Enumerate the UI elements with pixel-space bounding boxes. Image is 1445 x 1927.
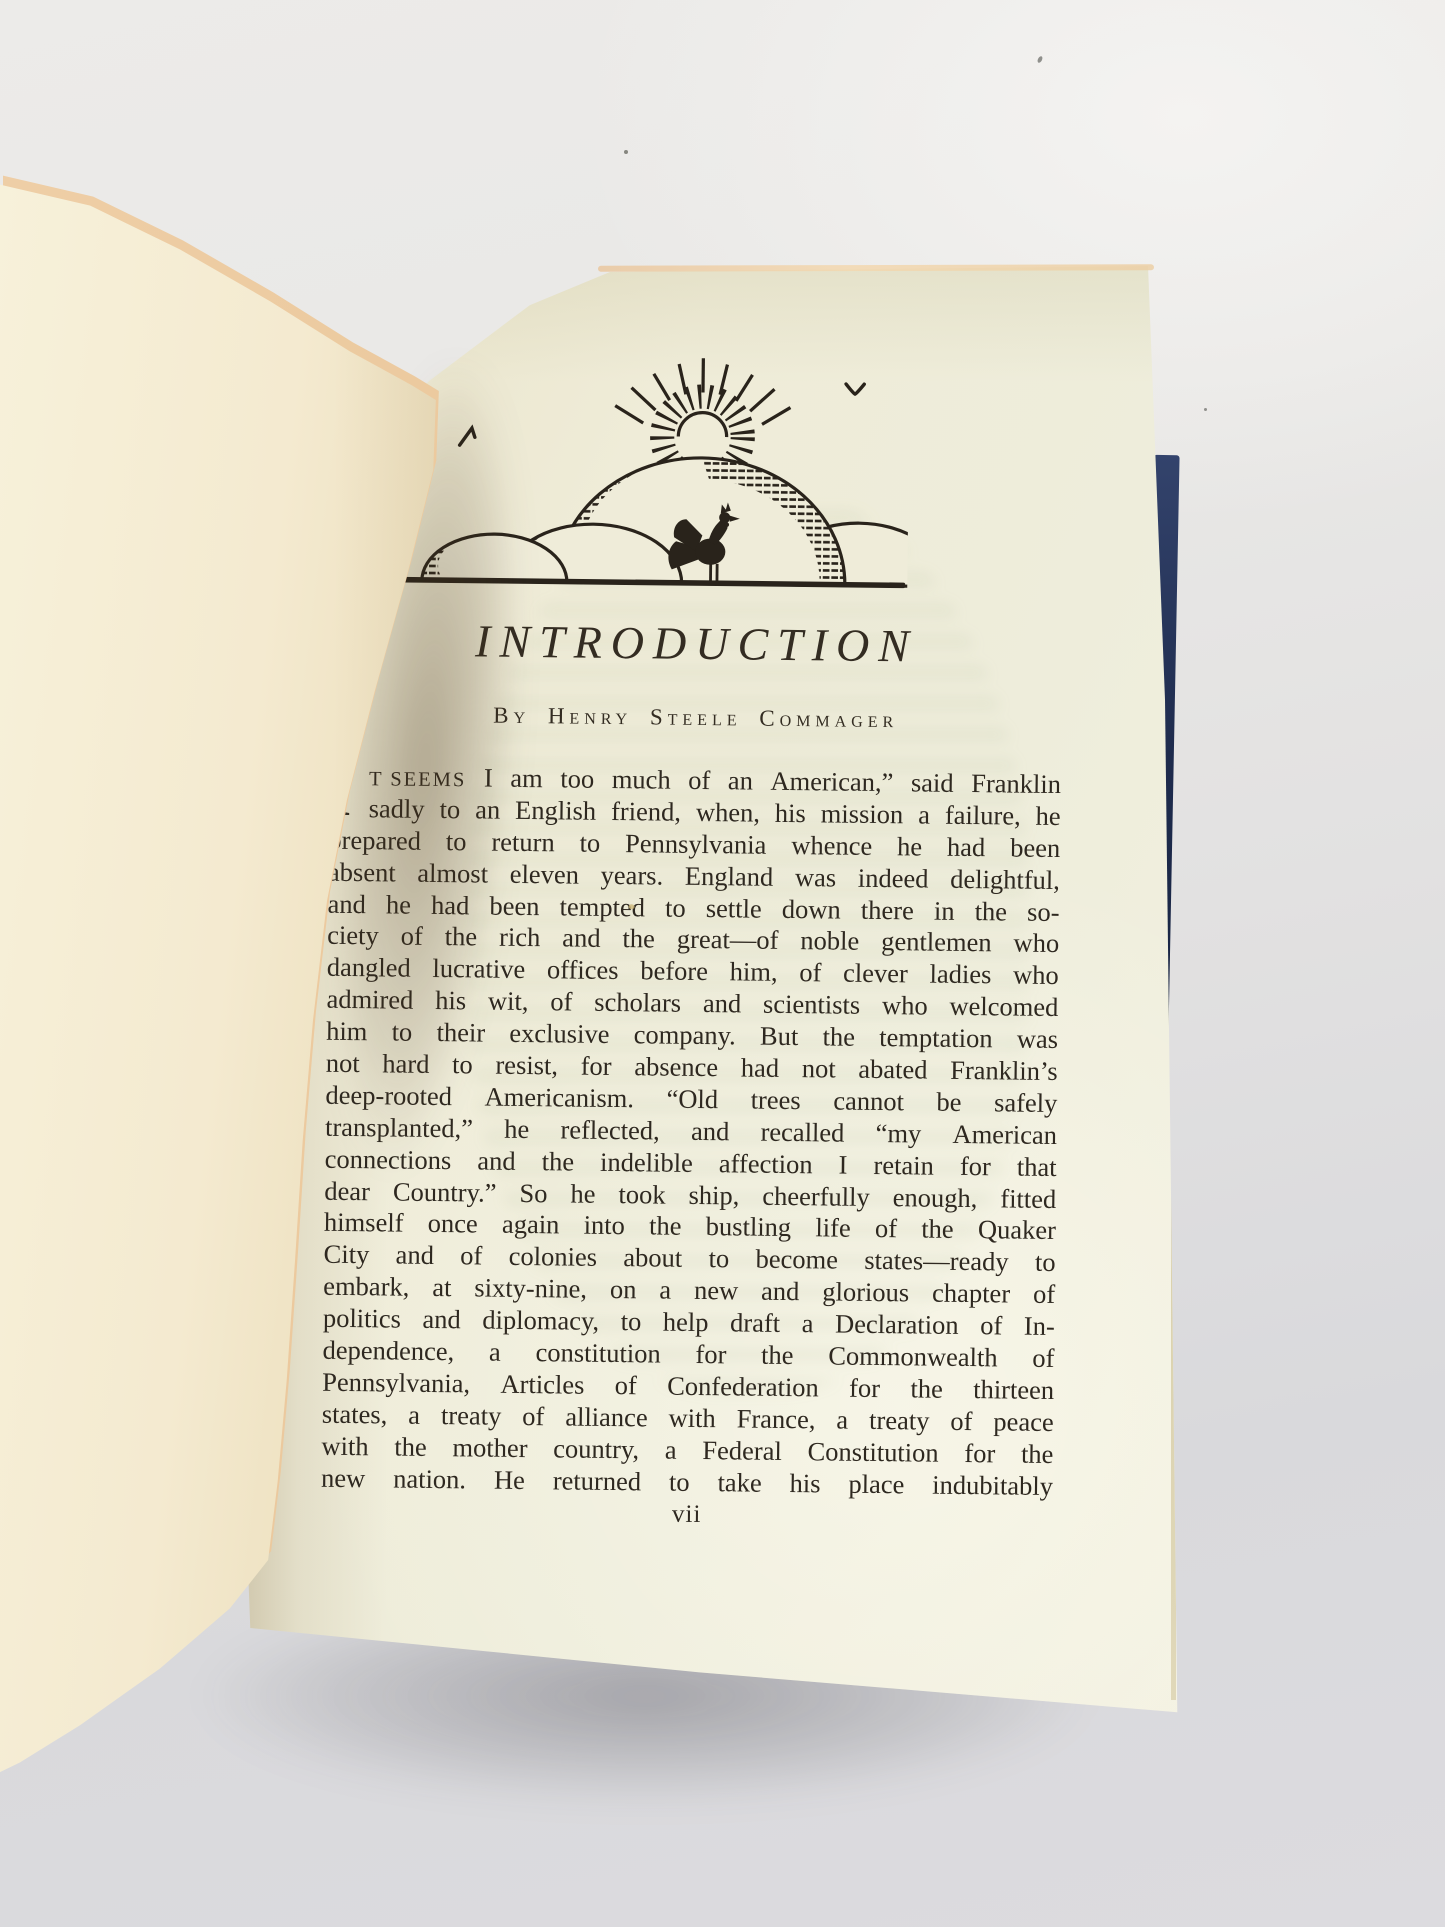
dust-speck — [624, 150, 628, 154]
photo-scene: INTRODUCTION By Henry Steele Commager I … — [0, 0, 1445, 1927]
dust-speck — [1204, 408, 1207, 411]
paper-fleck — [629, 904, 635, 909]
